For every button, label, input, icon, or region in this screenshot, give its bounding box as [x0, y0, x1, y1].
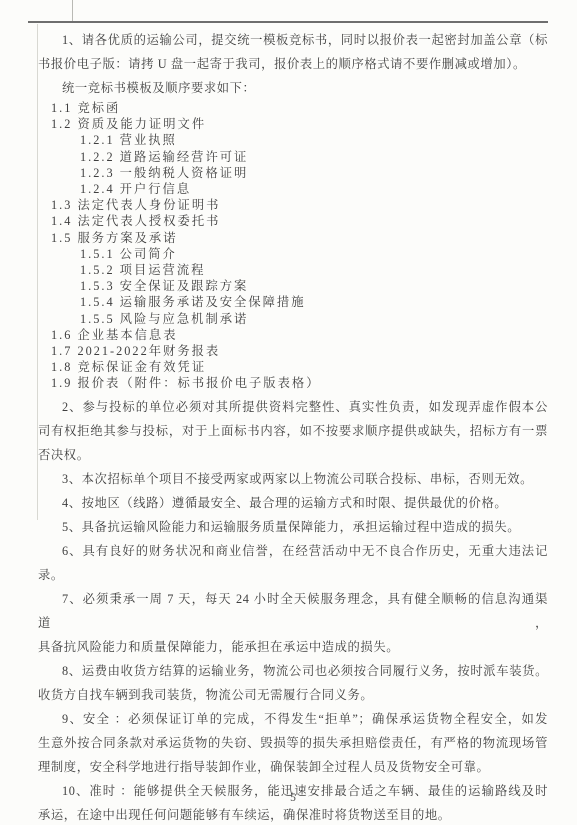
text-line: 1.9 报价表（附件：标书报价电子版表格） [38, 375, 548, 391]
text-line: 1.3 法定代表人身份证明书 [38, 197, 548, 213]
text-line: 1.5.3 安全保证及跟踪方案 [38, 278, 548, 294]
text-line: 1.5.5 风险与应急机制承诺 [38, 311, 548, 327]
text-line: 2、参与投标的单位必须对其所提供资料完整性、真实性负责，如发现弄虚作假本公 [38, 395, 548, 419]
text-line: 1.5.2 项目运营流程 [38, 262, 548, 278]
text-line: 1.2.2 道路运输经营许可证 [38, 149, 548, 165]
text-line: 具备抗风险能力和质量保障能力，能承担在承运中造成的损失。 [38, 635, 548, 659]
text-line: 1.4 法定代表人授权委托书 [38, 213, 548, 229]
document-body: 1、请各优质的运输公司，提交统一模板竞标书，同时以报价表一起密封加盖公章（标书报… [38, 28, 548, 825]
text-line: 司有权拒绝其参与投标，对于上面标书内容，如不按要求顺序提供或缺失，招标方有一票 [38, 419, 548, 443]
text-line: 收货方自找车辆到我司装货，物流公司无需履行合同义务。 [38, 683, 548, 707]
text-line: 1.5 服务方案及承诺 [38, 230, 548, 246]
text-line: 1.5.4 运输服务承诺及安全保障措施 [38, 294, 548, 310]
text-line: 6、具有良好的财务状况和商业信誉，在经营活动中无不良合作历史，无重大违法记 [38, 539, 548, 563]
text-line: 统一竞标书模板及顺序要求如下： [38, 76, 548, 100]
text-line: 理制度，安全科学地进行指导装卸作业，确保装卸全过程人员及货物安全可靠。 [38, 755, 548, 779]
text-line: 1.2.3 一般纳税人资格证明 [38, 165, 548, 181]
page-number: 5 [38, 792, 548, 804]
scanned-document-page: 1、请各优质的运输公司，提交统一模板竞标书，同时以报价表一起密封加盖公章（标书报… [0, 0, 577, 825]
text-line: 5、具备抗运输风险能力和运输服务质量保障能力，承担运输过程中造成的损失。 [38, 515, 548, 539]
text-line: 书报价电子版：请拷 U 盘一起寄于我司，报价表上的顺序格式请不要作删减或增加）。 [38, 52, 548, 76]
text-line: 1.8 竞标保证金有效凭证 [38, 359, 548, 375]
text-line: 1、请各优质的运输公司，提交统一模板竞标书，同时以报价表一起密封加盖公章（标 [38, 28, 548, 52]
text-line: 7、必须秉承一周 7 天，每天 24 小时全天候服务理念，具有健全顺畅的信息沟通… [38, 587, 548, 635]
text-line: 1.2.4 开户行信息 [38, 181, 548, 197]
scan-artifact-vertical-top [72, 0, 73, 21]
text-line: 1.7 2021-2022年财务报表 [38, 343, 548, 359]
text-line: 9、安全 ：必须保证订单的完成，不得发生“拒单”；确保承运货物全程安全，如发 [38, 707, 548, 731]
text-line: 1.2.1 营业执照 [38, 132, 548, 148]
text-line: 3、本次招标单个项目不接受两家或两家以上物流公司联合投标、串标，否则无效。 [38, 467, 548, 491]
text-line: 1.5.1 公司简介 [38, 246, 548, 262]
text-line: 承运，在途中出现任何问题能够有车续运，确保准时将货物送至目的地。 [38, 803, 548, 825]
text-line: 1.6 企业基本信息表 [38, 327, 548, 343]
text-line: 4、按地区（线路）遵循最安全、最合理的运输方式和时限、提供最优的价格。 [38, 491, 548, 515]
page-top-rule [28, 21, 548, 23]
text-line: 8、运费由收货方结算的运输业务，物流公司也必须按合同履行义务，按时派车装货。 [38, 659, 548, 683]
text-line: 录。 [38, 563, 548, 587]
text-line: 否决权。 [38, 443, 548, 467]
text-line: 1.1 竞标函 [38, 100, 548, 116]
text-line: 生意外按合同条款对承运货物的失窃、毁损等的损失承担赔偿责任，有严格的物流现场管 [38, 731, 548, 755]
text-line: 1.2 资质及能力证明文件 [38, 116, 548, 132]
